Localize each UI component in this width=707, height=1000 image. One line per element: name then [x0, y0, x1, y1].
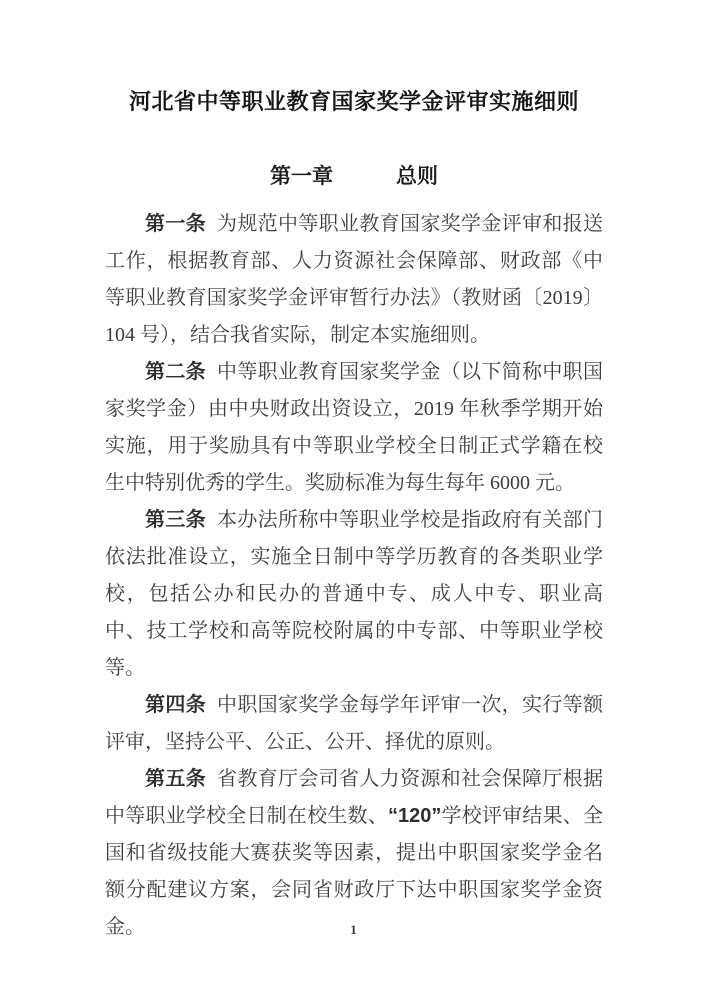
article-1-label: 第一条	[145, 213, 206, 235]
page-number: 1	[0, 922, 707, 938]
article-4: 第四条中职国家奖学金每学年评审一次，实行等额评审，坚持公平、公正、公开、择优的原…	[105, 687, 603, 761]
document-body: 第一条为规范中等职业教育国家奖学金评审和报送工作，根据教育部、人力资源社会保障部…	[105, 206, 603, 946]
article-2: 第二条中等职业教育国家奖学金（以下简称中职国家奖学金）由中央财政出资设立，201…	[105, 354, 603, 502]
article-3: 第三条本办法所称中等职业学校是指政府有关部门依法批准设立，实施全日制中等学历教育…	[105, 502, 603, 687]
article-5-label: 第五条	[145, 768, 206, 790]
article-3-text: 本办法所称中等职业学校是指政府有关部门依法批准设立，实施全日制中等学历教育的各类…	[105, 509, 603, 679]
article-3-label: 第三条	[145, 509, 206, 531]
document-title: 河北省中等职业教育国家奖学金评审实施细则	[105, 0, 603, 117]
article-5-highlight-120: “120”	[388, 805, 441, 827]
document-page: 河北省中等职业教育国家奖学金评审实施细则 第一章 总则 第一条为规范中等职业教育…	[0, 0, 707, 1000]
chapter-heading: 第一章 总则	[105, 163, 603, 191]
article-5: 第五条省教育厅会司省人力资源和社会保障厅根据中等职业学校全日制在校生数、“120…	[105, 761, 603, 946]
article-2-label: 第二条	[145, 361, 206, 383]
article-1: 第一条为规范中等职业教育国家奖学金评审和报送工作，根据教育部、人力资源社会保障部…	[105, 206, 603, 354]
article-4-label: 第四条	[145, 694, 206, 716]
